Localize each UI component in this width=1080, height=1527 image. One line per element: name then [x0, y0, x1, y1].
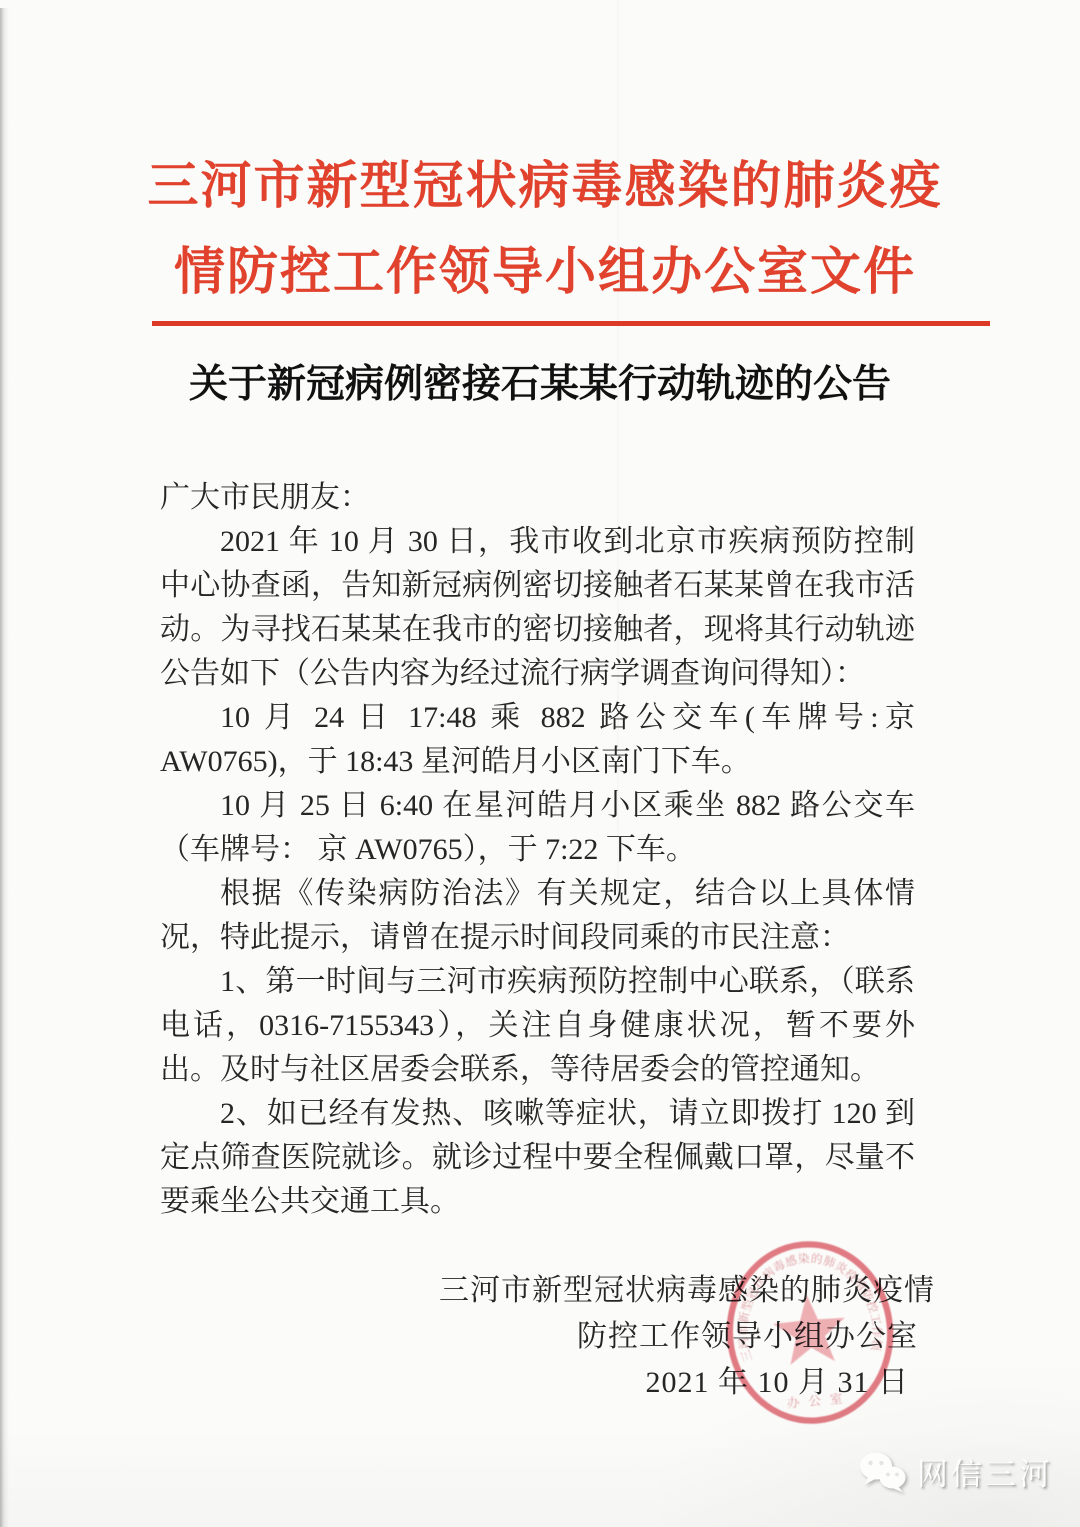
- document-body: 广大市民朋友： 2021 年 10 月 30 日，我市收到北京市疾病预防控制中心…: [160, 476, 915, 1224]
- body-paragraph: 10 月 25 日 6:40 在星河皓月小区乘坐 882 路公交车（车牌号： 京…: [160, 784, 915, 872]
- body-paragraph: 根据《传染病防治法》有关规定，结合以上具体情况，特此提示，请曾在提示时间段同乘的…: [160, 872, 915, 960]
- letterhead: 三河市新型冠状病毒感染的肺炎疫 情防控工作领导小组办公室文件: [60, 143, 1030, 315]
- letterhead-divider: [152, 321, 990, 326]
- scan-edge-artifact: [0, 8, 9, 1527]
- letterhead-line-1: 三河市新型冠状病毒感染的肺炎疫: [60, 143, 1030, 229]
- official-seal: 三河市新型冠状病毒感染的肺炎疫情防控工作领导小组 办 公 室: [720, 1238, 900, 1436]
- seal-center-text: 办 公 室: [786, 1391, 845, 1411]
- body-paragraph: 2、如已经有发热、咳嗽等症状，请立即拨打 120 到定点筛查医院就诊。就诊过程中…: [160, 1092, 915, 1224]
- wechat-watermark: 网信三河: [858, 1449, 1053, 1494]
- body-paragraph: 2021 年 10 月 30 日，我市收到北京市疾病预防控制中心协查函，告知新冠…: [160, 520, 915, 696]
- scanned-document-page: 三河市新型冠状病毒感染的肺炎疫 情防控工作领导小组办公室文件 关于新冠病例密接石…: [0, 0, 1080, 1527]
- letterhead-line-2: 情防控工作领导小组办公室文件: [60, 229, 1030, 315]
- salutation: 广大市民朋友：: [160, 476, 915, 520]
- seal-star-icon: [771, 1292, 849, 1366]
- document-title: 关于新冠病例密接石某某行动轨迹的公告: [90, 362, 990, 408]
- official-seal-graphic: 三河市新型冠状病毒感染的肺炎疫情防控工作领导小组 办 公 室: [720, 1238, 900, 1436]
- body-paragraphs: 2021 年 10 月 30 日，我市收到北京市疾病预防控制中心协查函，告知新冠…: [160, 520, 915, 1224]
- watermark-label: 网信三河: [917, 1449, 1053, 1494]
- wechat-icon: [858, 1450, 908, 1494]
- body-paragraph: 1、第一时间与三河市疾病预防控制中心联系，（联系电话，0316-7155343）…: [160, 960, 915, 1092]
- body-paragraph: 10 月 24 日 17:48 乘 882 路公交车(车牌号:京 AW0765)…: [160, 696, 915, 784]
